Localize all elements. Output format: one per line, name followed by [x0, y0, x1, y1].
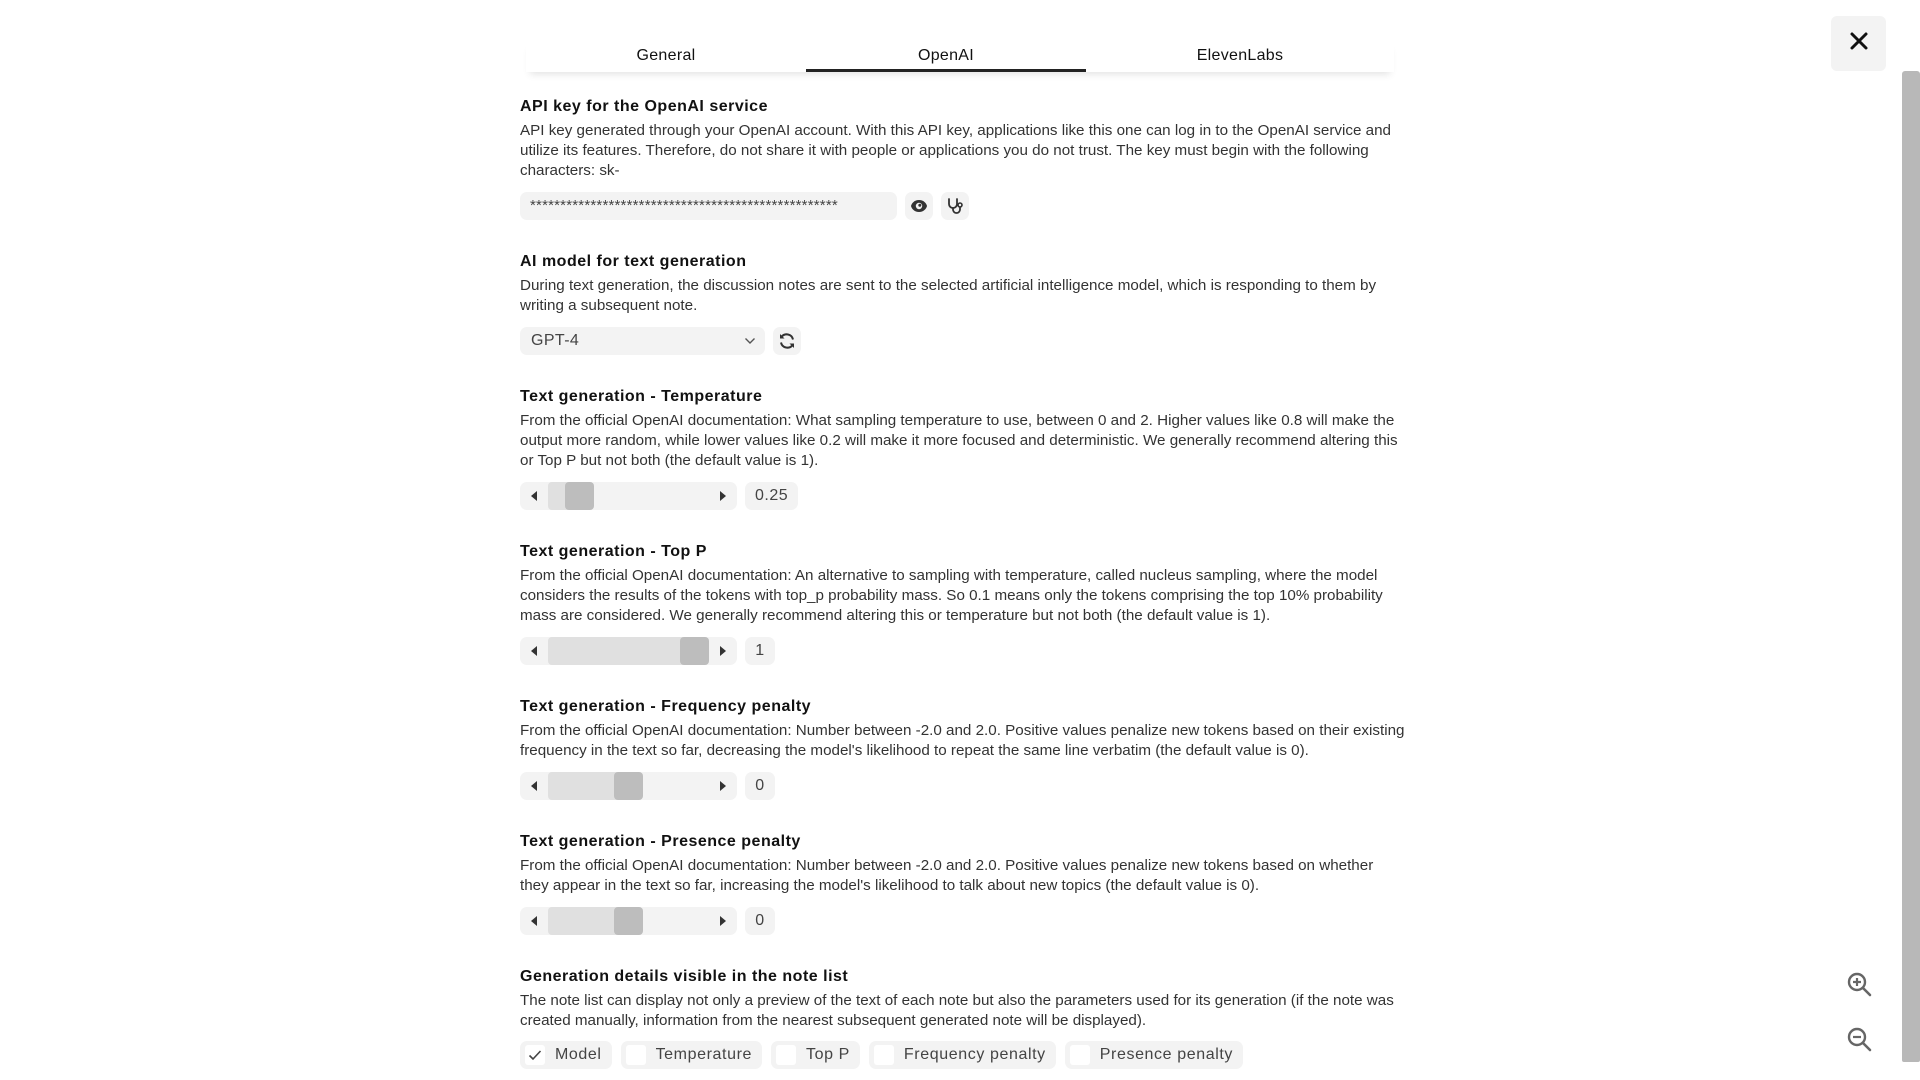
section-description: From the official OpenAI documentation: …	[520, 856, 1405, 896]
slider-track[interactable]	[548, 772, 709, 800]
check-icon	[528, 1049, 542, 1061]
checkbox[interactable]	[874, 1045, 894, 1065]
checkbox[interactable]	[525, 1045, 545, 1065]
tab-elevenlabs[interactable]: ElevenLabs	[1086, 40, 1394, 72]
chevron-down-icon	[744, 332, 756, 350]
temperature-slider[interactable]	[520, 482, 737, 510]
presence-penalty-slider[interactable]	[520, 907, 737, 935]
option-label: Frequency penalty	[904, 1046, 1046, 1064]
generation-details-options: Model Temperature Top P Frequency penalt…	[520, 1041, 1405, 1069]
increment-arrow-icon[interactable]	[709, 907, 737, 935]
checkbox[interactable]	[1070, 1045, 1090, 1065]
section-title: API key for the OpenAI service	[520, 97, 1405, 117]
section-title: Generation details visible in the note l…	[520, 967, 1405, 987]
test-key-button[interactable]	[941, 192, 969, 220]
slider-thumb[interactable]	[614, 907, 643, 935]
temperature-section: Text generation - Temperature From the o…	[520, 387, 1405, 510]
decrement-arrow-icon[interactable]	[520, 482, 548, 510]
api-key-input[interactable]: ****************************************…	[520, 192, 897, 220]
frequency-penalty-section: Text generation - Frequency penalty From…	[520, 697, 1405, 800]
section-title: Text generation - Temperature	[520, 387, 1405, 407]
stethoscope-icon	[946, 197, 964, 215]
zoom-in-icon	[1846, 971, 1872, 1002]
section-description: From the official OpenAI documentation: …	[520, 721, 1405, 761]
generation-details-section: Generation details visible in the note l…	[520, 967, 1405, 1069]
presence-penalty-section: Text generation - Presence penalty From …	[520, 832, 1405, 935]
refresh-icon	[778, 332, 796, 350]
scrollbar-thumb[interactable]	[1902, 71, 1920, 1062]
option-presence-penalty[interactable]: Presence penalty	[1065, 1041, 1243, 1069]
slider-track[interactable]	[548, 907, 709, 935]
top-p-section: Text generation - Top P From the officia…	[520, 542, 1405, 665]
slider-track[interactable]	[548, 637, 709, 665]
checkbox[interactable]	[626, 1045, 646, 1065]
api-key-section: API key for the OpenAI service API key g…	[520, 97, 1405, 220]
settings-tabs: General OpenAI ElevenLabs	[526, 40, 1394, 72]
show-key-button[interactable]	[905, 192, 933, 220]
slider-track[interactable]	[548, 482, 709, 510]
option-top-p[interactable]: Top P	[771, 1041, 860, 1069]
eye-icon	[910, 199, 928, 213]
top-p-slider[interactable]	[520, 637, 737, 665]
section-description: The note list can display not only a pre…	[520, 991, 1405, 1031]
tab-general[interactable]: General	[526, 40, 806, 72]
decrement-arrow-icon[interactable]	[520, 772, 548, 800]
option-label: Model	[555, 1046, 602, 1064]
section-title: AI model for text generation	[520, 252, 1405, 272]
option-label: Temperature	[656, 1046, 752, 1064]
frequency-penalty-value: 0	[745, 772, 775, 800]
slider-thumb[interactable]	[565, 482, 594, 510]
option-frequency-penalty[interactable]: Frequency penalty	[869, 1041, 1056, 1069]
section-description: During text generation, the discussion n…	[520, 276, 1405, 316]
slider-fill	[548, 637, 695, 665]
option-label: Top P	[806, 1046, 850, 1064]
checkbox[interactable]	[776, 1045, 796, 1065]
option-model[interactable]: Model	[520, 1041, 612, 1069]
close-icon	[1849, 31, 1869, 56]
refresh-models-button[interactable]	[773, 327, 801, 355]
slider-thumb[interactable]	[614, 772, 643, 800]
decrement-arrow-icon[interactable]	[520, 637, 548, 665]
increment-arrow-icon[interactable]	[709, 772, 737, 800]
increment-arrow-icon[interactable]	[709, 637, 737, 665]
settings-content: API key for the OpenAI service API key g…	[520, 97, 1405, 1069]
section-description: API key generated through your OpenAI ac…	[520, 121, 1405, 181]
model-section: AI model for text generation During text…	[520, 252, 1405, 355]
decrement-arrow-icon[interactable]	[520, 907, 548, 935]
model-select[interactable]: GPT-4	[520, 327, 765, 355]
zoom-out-icon	[1846, 1026, 1872, 1057]
section-description: From the official OpenAI documentation: …	[520, 411, 1405, 471]
frequency-penalty-slider[interactable]	[520, 772, 737, 800]
tab-openai[interactable]: OpenAI	[806, 40, 1086, 72]
temperature-value: 0.25	[745, 482, 798, 510]
close-button[interactable]	[1831, 16, 1886, 71]
section-title: Text generation - Top P	[520, 542, 1405, 562]
slider-thumb[interactable]	[680, 637, 709, 665]
section-title: Text generation - Presence penalty	[520, 832, 1405, 852]
top-p-value: 1	[745, 637, 775, 665]
option-label: Presence penalty	[1100, 1046, 1233, 1064]
zoom-in-button[interactable]	[1840, 967, 1878, 1005]
section-title: Text generation - Frequency penalty	[520, 697, 1405, 717]
increment-arrow-icon[interactable]	[709, 482, 737, 510]
presence-penalty-value: 0	[745, 907, 775, 935]
zoom-out-button[interactable]	[1840, 1022, 1878, 1060]
option-temperature[interactable]: Temperature	[621, 1041, 762, 1069]
model-select-value: GPT-4	[531, 332, 579, 350]
section-description: From the official OpenAI documentation: …	[520, 566, 1405, 626]
